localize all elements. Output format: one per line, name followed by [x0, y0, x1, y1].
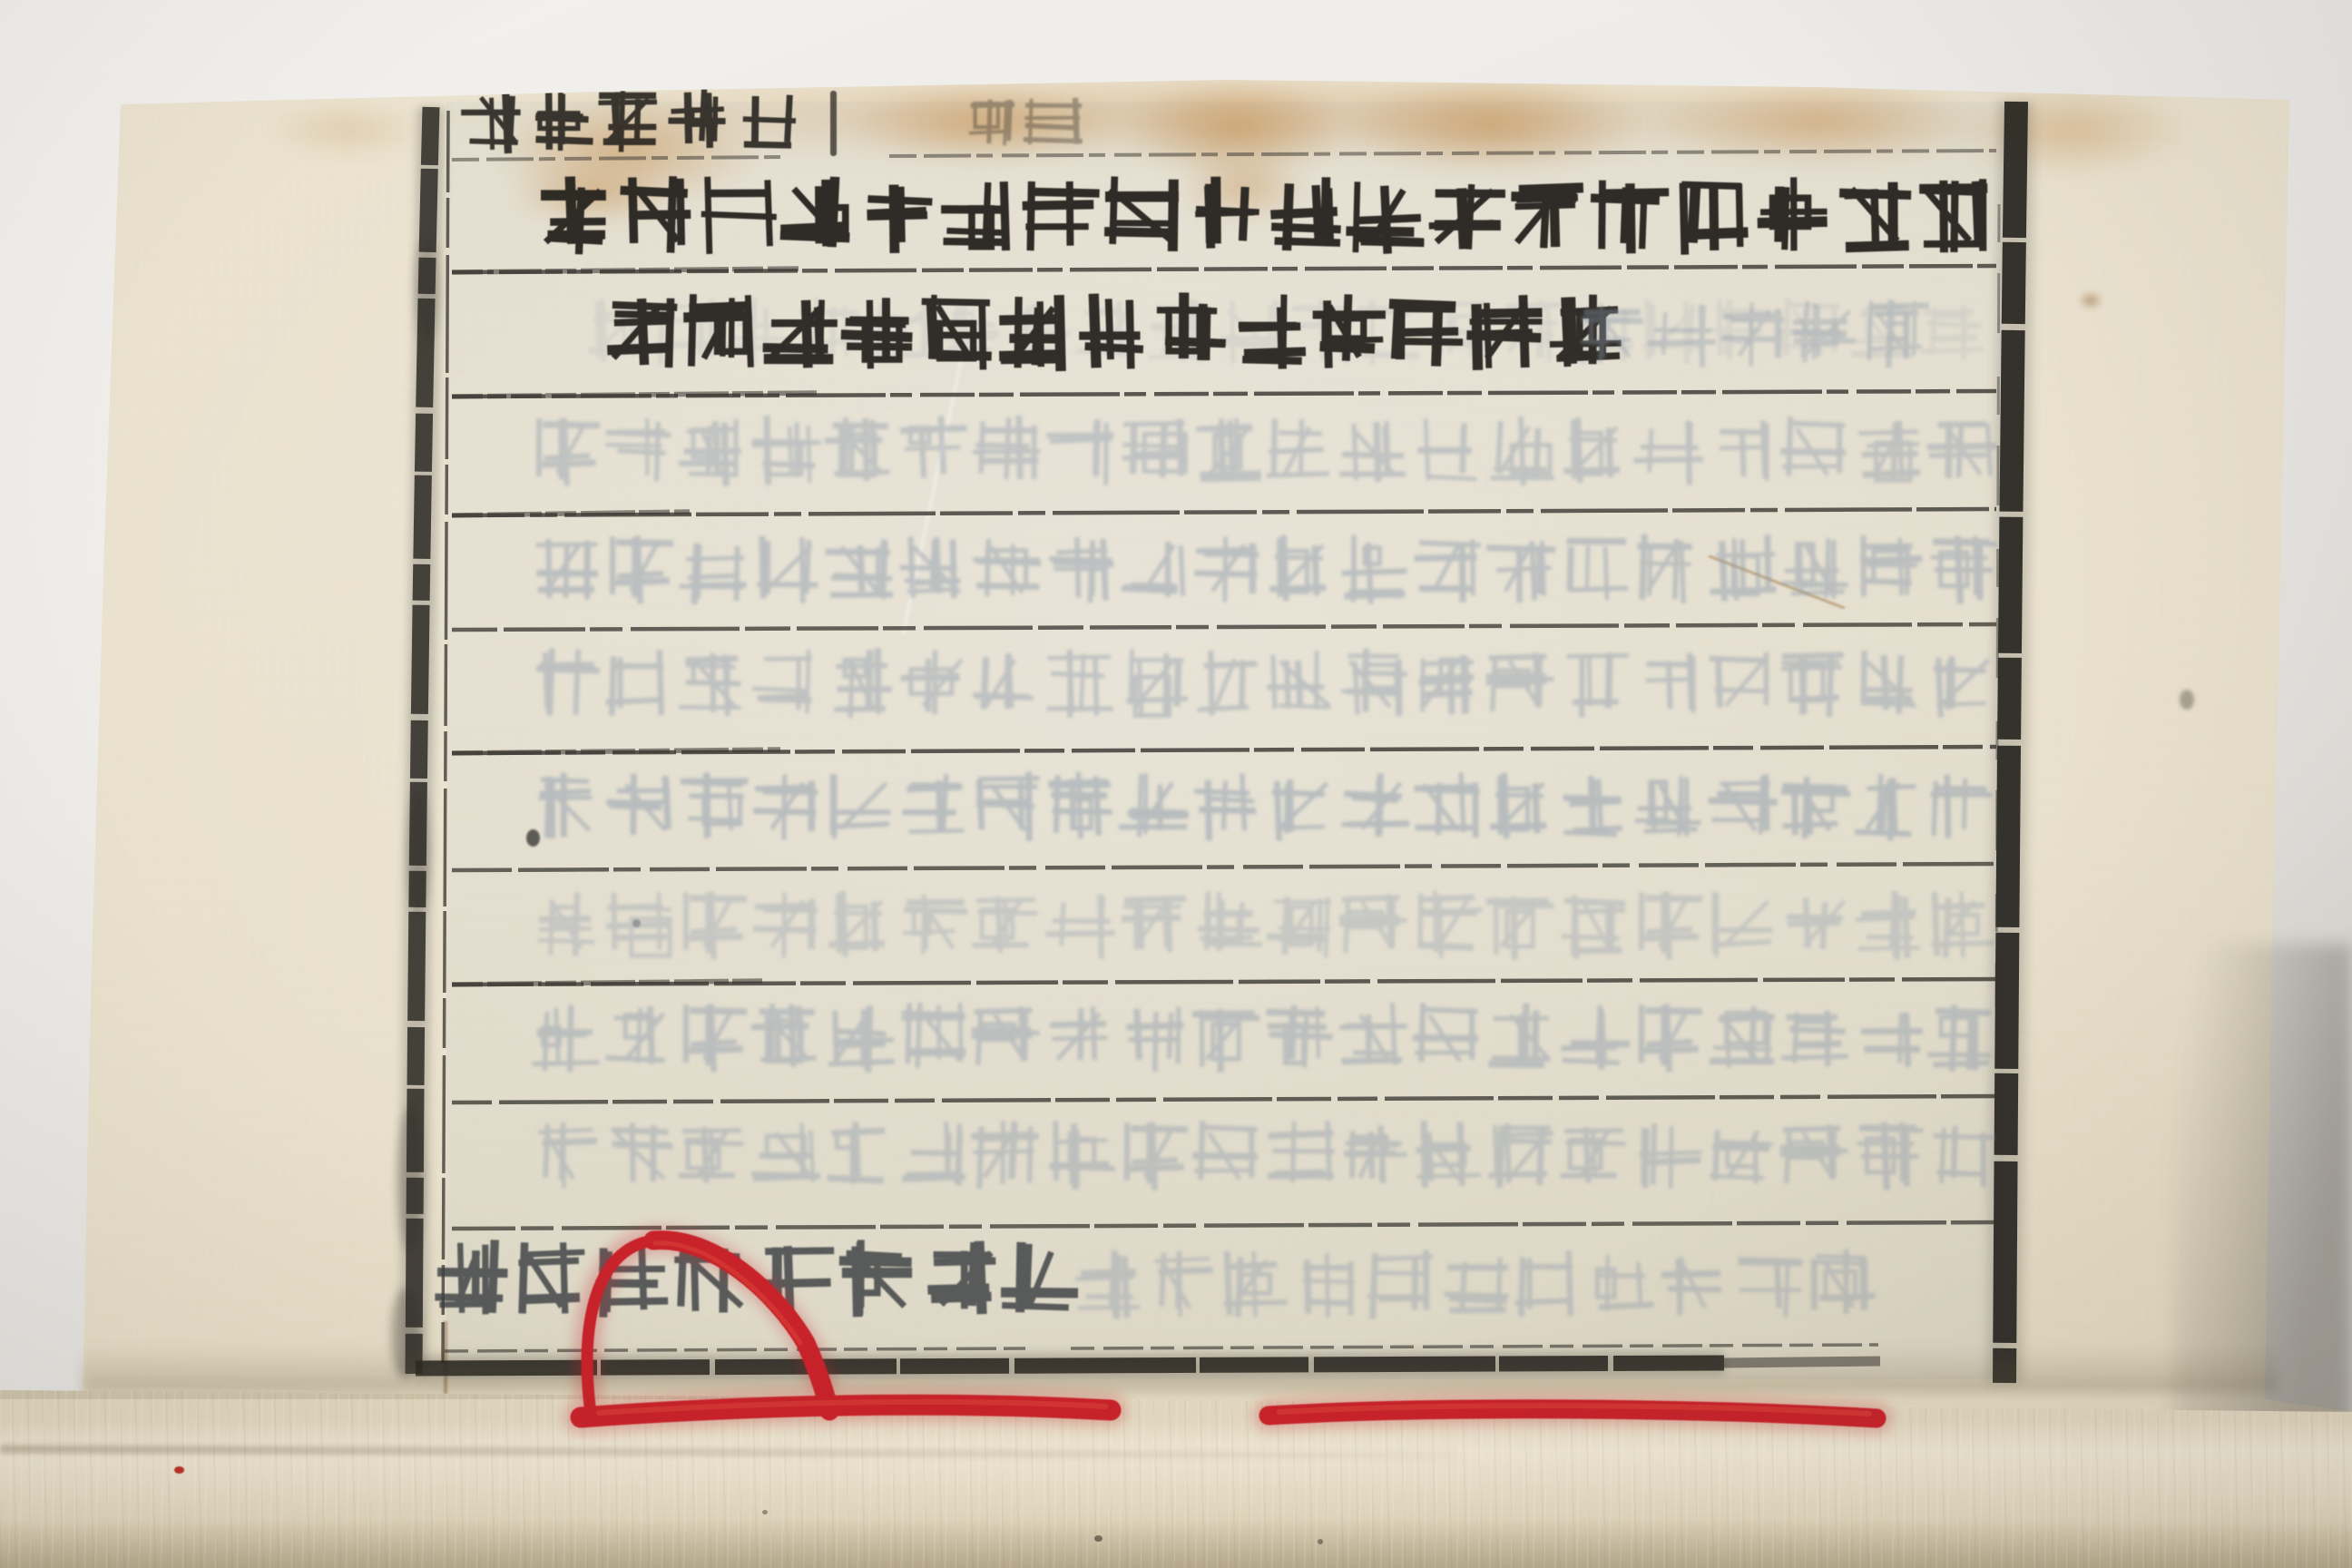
colophon-line-2 — [603, 290, 1623, 374]
show-through-text — [452, 996, 2012, 1078]
ink-offset-text-dark — [446, 1236, 1082, 1323]
show-through-text — [452, 410, 1999, 492]
page-roll-fold — [0, 1383, 2352, 1568]
ink-offset-text-faint — [1071, 1245, 1878, 1323]
show-through-text — [452, 1114, 2030, 1196]
book-page — [0, 0, 2352, 1568]
paper-fiber-streaks — [0, 1383, 2352, 1568]
speck — [762, 1510, 768, 1514]
show-through-text — [452, 766, 1999, 848]
speck — [1318, 1539, 1323, 1544]
show-through-text — [452, 642, 2046, 724]
page-edge-shadow — [2173, 944, 2352, 1438]
colophon-line-1 — [535, 172, 1994, 259]
speck — [1094, 1535, 1102, 1542]
header-fragment-chars-faint — [958, 87, 1084, 154]
show-through-text — [452, 884, 2035, 965]
header-fragment-chars — [459, 83, 800, 158]
header-fragment-stroke — [830, 91, 837, 156]
fold-shadow — [82, 1345, 2278, 1392]
colophon-line-2-ghost-tail — [1574, 296, 1933, 372]
photo-of-book-page — [0, 0, 2352, 1568]
red-fiber-speck — [174, 1466, 184, 1474]
show-through-text — [452, 528, 2021, 610]
